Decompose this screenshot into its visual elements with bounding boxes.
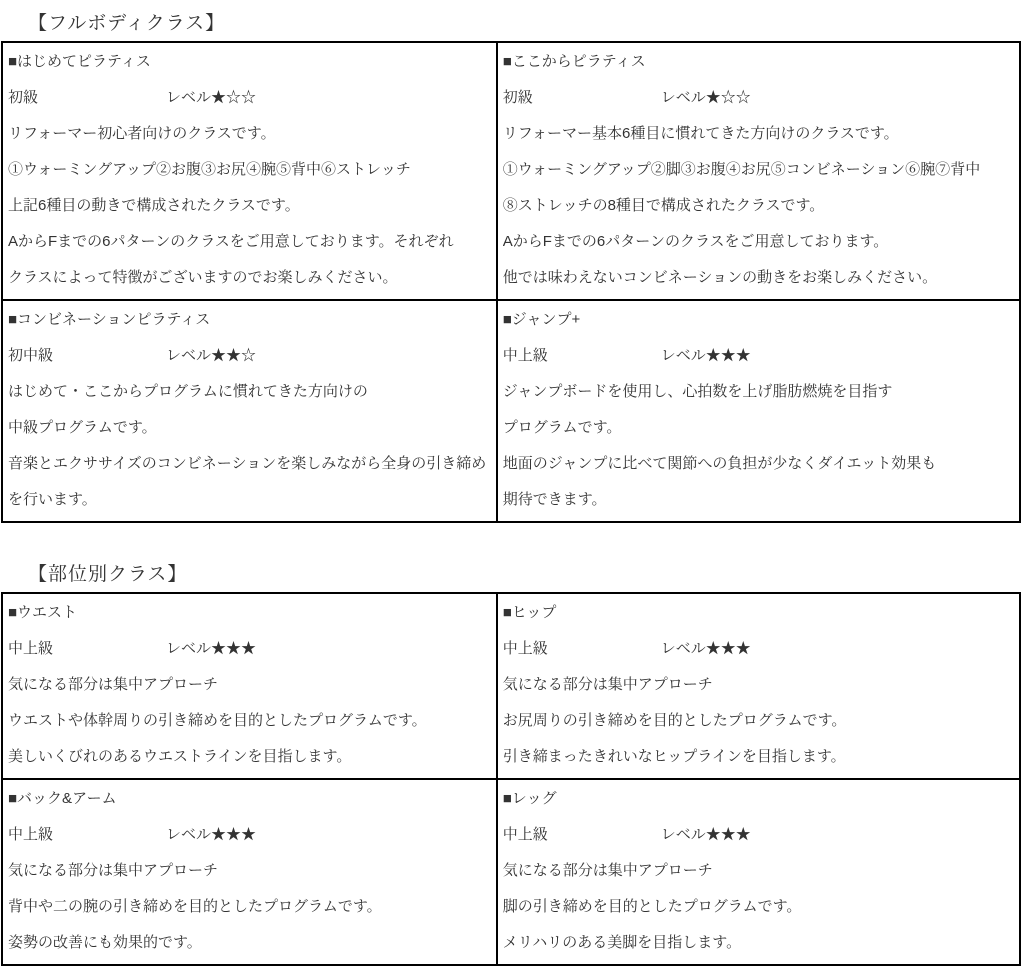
class-description-line: 姿勢の改善にも効果的です。 xyxy=(8,925,496,961)
section-bodypart: 【部位別クラス】 ■ウエスト 中上級レベル★★★ 気になる部分は集中アプローチ … xyxy=(0,523,1024,966)
class-level-line: 中上級レベル★★★ xyxy=(503,631,1019,667)
class-description-line: 脚の引き締めを目的としたプログラムです。 xyxy=(503,889,1019,925)
class-description-line: を行います。 xyxy=(8,482,496,518)
class-description-line: リフォーマー基本6種目に慣れてきた方向けのクラスです。 xyxy=(503,116,1019,152)
class-level-line: 中上級レベル★★★ xyxy=(503,817,1019,853)
class-description-line: ウエストや体幹周りの引き締めを目的としたプログラムです。 xyxy=(8,703,496,739)
class-cell-hajimete: ■はじめてピラティス 初級レベル★☆☆ リフォーマー初心者向けのクラスです。 ①… xyxy=(2,42,497,300)
section-fullbody: 【フルボディクラス】 ■はじめてピラティス 初級レベル★☆☆ リフォーマー初心者… xyxy=(0,0,1024,523)
fullbody-class-table: ■はじめてピラティス 初級レベル★☆☆ リフォーマー初心者向けのクラスです。 ①… xyxy=(1,41,1021,523)
class-description-line: ⑧ストレッチの8種目で構成されたクラスです。 xyxy=(503,188,1019,224)
class-title: ■バック&アーム xyxy=(8,781,496,817)
class-level: 中上級 xyxy=(503,817,661,853)
class-description-line: お尻周りの引き締めを目的としたプログラムです。 xyxy=(503,703,1019,739)
class-level-stars: レベル★☆☆ xyxy=(166,89,256,106)
class-level-line: 初中級レベル★★☆ xyxy=(8,338,496,374)
class-level: 中上級 xyxy=(503,631,661,667)
class-level: 中上級 xyxy=(8,817,166,853)
class-title: ■ここからピラティス xyxy=(503,44,1019,80)
class-cell-jump-plus: ■ジャンプ+ 中上級レベル★★★ ジャンプボードを使用し、心拍数を上げ脂肪燃焼を… xyxy=(497,300,1020,522)
class-description-line: 地面のジャンプに比べて関節への負担が少なくダイエット効果も xyxy=(503,446,1019,482)
class-description-line: ジャンプボードを使用し、心拍数を上げ脂肪燃焼を目指す xyxy=(503,374,1019,410)
class-cell-waist: ■ウエスト 中上級レベル★★★ 気になる部分は集中アプローチ ウエストや体幹周り… xyxy=(2,593,497,779)
class-description-line: 中級プログラムです。 xyxy=(8,410,496,446)
class-title: ■ヒップ xyxy=(503,595,1019,631)
table-row: ■ウエスト 中上級レベル★★★ 気になる部分は集中アプローチ ウエストや体幹周り… xyxy=(2,593,1020,779)
class-cell-back-arm: ■バック&アーム 中上級レベル★★★ 気になる部分は集中アプローチ 背中や二の腕… xyxy=(2,779,497,965)
class-title: ■ジャンプ+ xyxy=(503,302,1019,338)
class-title: ■ウエスト xyxy=(8,595,496,631)
class-description-line: クラスによって特徴がございますのでお楽しみください。 xyxy=(8,260,496,296)
class-level-line: 初級レベル★☆☆ xyxy=(503,80,1019,116)
class-level-stars: レベル★★★ xyxy=(166,826,256,843)
class-description-line: AからFまでの6パターンのクラスをご用意しております。 xyxy=(503,224,1019,260)
table-row: ■はじめてピラティス 初級レベル★☆☆ リフォーマー初心者向けのクラスです。 ①… xyxy=(2,42,1020,300)
class-description-line: メリハリのある美脚を目指します。 xyxy=(503,925,1019,961)
class-description-line: プログラムです。 xyxy=(503,410,1019,446)
class-description-line: 気になる部分は集中アプローチ xyxy=(503,853,1019,889)
class-title: ■レッグ xyxy=(503,781,1019,817)
class-description-line: 気になる部分は集中アプローチ xyxy=(8,667,496,703)
class-cell-leg: ■レッグ 中上級レベル★★★ 気になる部分は集中アプローチ 脚の引き締めを目的と… xyxy=(497,779,1020,965)
class-description-line: AからFまでの6パターンのクラスをご用意しております。それぞれ xyxy=(8,224,496,260)
class-level-stars: レベル★★★ xyxy=(661,826,751,843)
class-level-stars: レベル★☆☆ xyxy=(661,89,751,106)
table-row: ■バック&アーム 中上級レベル★★★ 気になる部分は集中アプローチ 背中や二の腕… xyxy=(2,779,1020,965)
table-row: ■コンビネーションピラティス 初中級レベル★★☆ はじめて・ここからプログラムに… xyxy=(2,300,1020,522)
section-heading-bodypart: 【部位別クラス】 xyxy=(28,523,1024,586)
section-heading-fullbody: 【フルボディクラス】 xyxy=(28,0,1024,35)
class-description-line: 背中や二の腕の引き締めを目的としたプログラムです。 xyxy=(8,889,496,925)
class-description-line: 上記6種目の動きで構成されたクラスです。 xyxy=(8,188,496,224)
class-level: 中上級 xyxy=(8,631,166,667)
class-title: ■コンビネーションピラティス xyxy=(8,302,496,338)
class-level: 初級 xyxy=(8,80,166,116)
class-level-stars: レベル★★☆ xyxy=(166,347,256,364)
class-cell-combination: ■コンビネーションピラティス 初中級レベル★★☆ はじめて・ここからプログラムに… xyxy=(2,300,497,522)
class-cell-kokokara: ■ここからピラティス 初級レベル★☆☆ リフォーマー基本6種目に慣れてきた方向け… xyxy=(497,42,1020,300)
class-description-line: ①ウォーミングアップ②お腹③お尻④腕⑤背中⑥ストレッチ xyxy=(8,152,496,188)
class-level: 初級 xyxy=(503,80,661,116)
class-level-stars: レベル★★★ xyxy=(661,347,751,364)
class-level-stars: レベル★★★ xyxy=(166,640,256,657)
class-level-line: 中上級レベル★★★ xyxy=(8,817,496,853)
class-level-line: 中上級レベル★★★ xyxy=(503,338,1019,374)
class-description-line: 期待できます。 xyxy=(503,482,1019,518)
class-description-line: 気になる部分は集中アプローチ xyxy=(8,853,496,889)
class-description-line: 他では味わえないコンビネーションの動きをお楽しみください。 xyxy=(503,260,1019,296)
class-description-line: はじめて・ここからプログラムに慣れてきた方向けの xyxy=(8,374,496,410)
class-level: 中上級 xyxy=(503,338,661,374)
bodypart-class-table: ■ウエスト 中上級レベル★★★ 気になる部分は集中アプローチ ウエストや体幹周り… xyxy=(1,592,1021,966)
class-schedule-document: 【フルボディクラス】 ■はじめてピラティス 初級レベル★☆☆ リフォーマー初心者… xyxy=(0,0,1024,966)
class-description-line: 気になる部分は集中アプローチ xyxy=(503,667,1019,703)
class-description-line: 美しいくびれのあるウエストラインを目指します。 xyxy=(8,739,496,775)
class-level-line: 初級レベル★☆☆ xyxy=(8,80,496,116)
class-cell-hip: ■ヒップ 中上級レベル★★★ 気になる部分は集中アプローチ お尻周りの引き締めを… xyxy=(497,593,1020,779)
class-description-line: ①ウォーミングアップ②脚③お腹④お尻⑤コンビネーション⑥腕⑦背中 xyxy=(503,152,1019,188)
class-title: ■はじめてピラティス xyxy=(8,44,496,80)
class-description-line: 音楽とエクササイズのコンビネーションを楽しみながら全身の引き締め xyxy=(8,446,496,482)
class-description-line: 引き締まったきれいなヒップラインを目指します。 xyxy=(503,739,1019,775)
class-level-stars: レベル★★★ xyxy=(661,640,751,657)
class-level: 初中級 xyxy=(8,338,166,374)
class-level-line: 中上級レベル★★★ xyxy=(8,631,496,667)
class-description-line: リフォーマー初心者向けのクラスです。 xyxy=(8,116,496,152)
